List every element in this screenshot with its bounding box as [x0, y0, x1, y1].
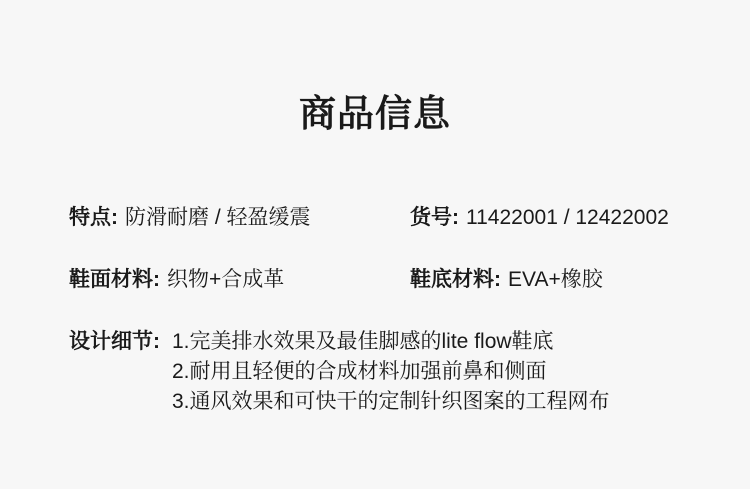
spec-feature-label: 特点:	[69, 206, 118, 229]
spec-upper-material-value: 织物+合成革	[167, 268, 284, 291]
design-details-label: 设计细节:	[69, 327, 160, 357]
spec-sole-material: 鞋底材料:EVA+橡胶	[410, 265, 603, 295]
spec-item-number-label: 货号:	[410, 206, 459, 229]
spec-upper-material: 鞋面材料:织物+合成革	[69, 265, 284, 295]
spec-sole-material-value: EVA+橡胶	[508, 268, 603, 291]
design-details-list: 1.完美排水效果及最佳脚感的lite flow鞋底 2.耐用且轻便的合成材料加强…	[172, 327, 610, 417]
page-title: 商品信息	[0, 93, 750, 135]
spec-item-number-value: 11422001 / 12422002	[466, 206, 669, 229]
spec-feature: 特点:防滑耐磨 / 轻盈缓震	[69, 203, 311, 233]
product-info-panel: 商品信息 特点:防滑耐磨 / 轻盈缓震 货号:11422001 / 124220…	[0, 0, 750, 489]
design-detail-item: 2.耐用且轻便的合成材料加强前鼻和侧面	[172, 357, 610, 387]
design-detail-item: 3.通风效果和可快干的定制针织图案的工程网布	[172, 387, 610, 417]
spec-item-number: 货号:11422001 / 12422002	[410, 203, 669, 233]
spec-feature-value: 防滑耐磨 / 轻盈缓震	[125, 206, 311, 229]
spec-upper-material-label: 鞋面材料:	[69, 268, 160, 291]
design-detail-item: 1.完美排水效果及最佳脚感的lite flow鞋底	[172, 327, 610, 357]
spec-sole-material-label: 鞋底材料:	[410, 268, 501, 291]
